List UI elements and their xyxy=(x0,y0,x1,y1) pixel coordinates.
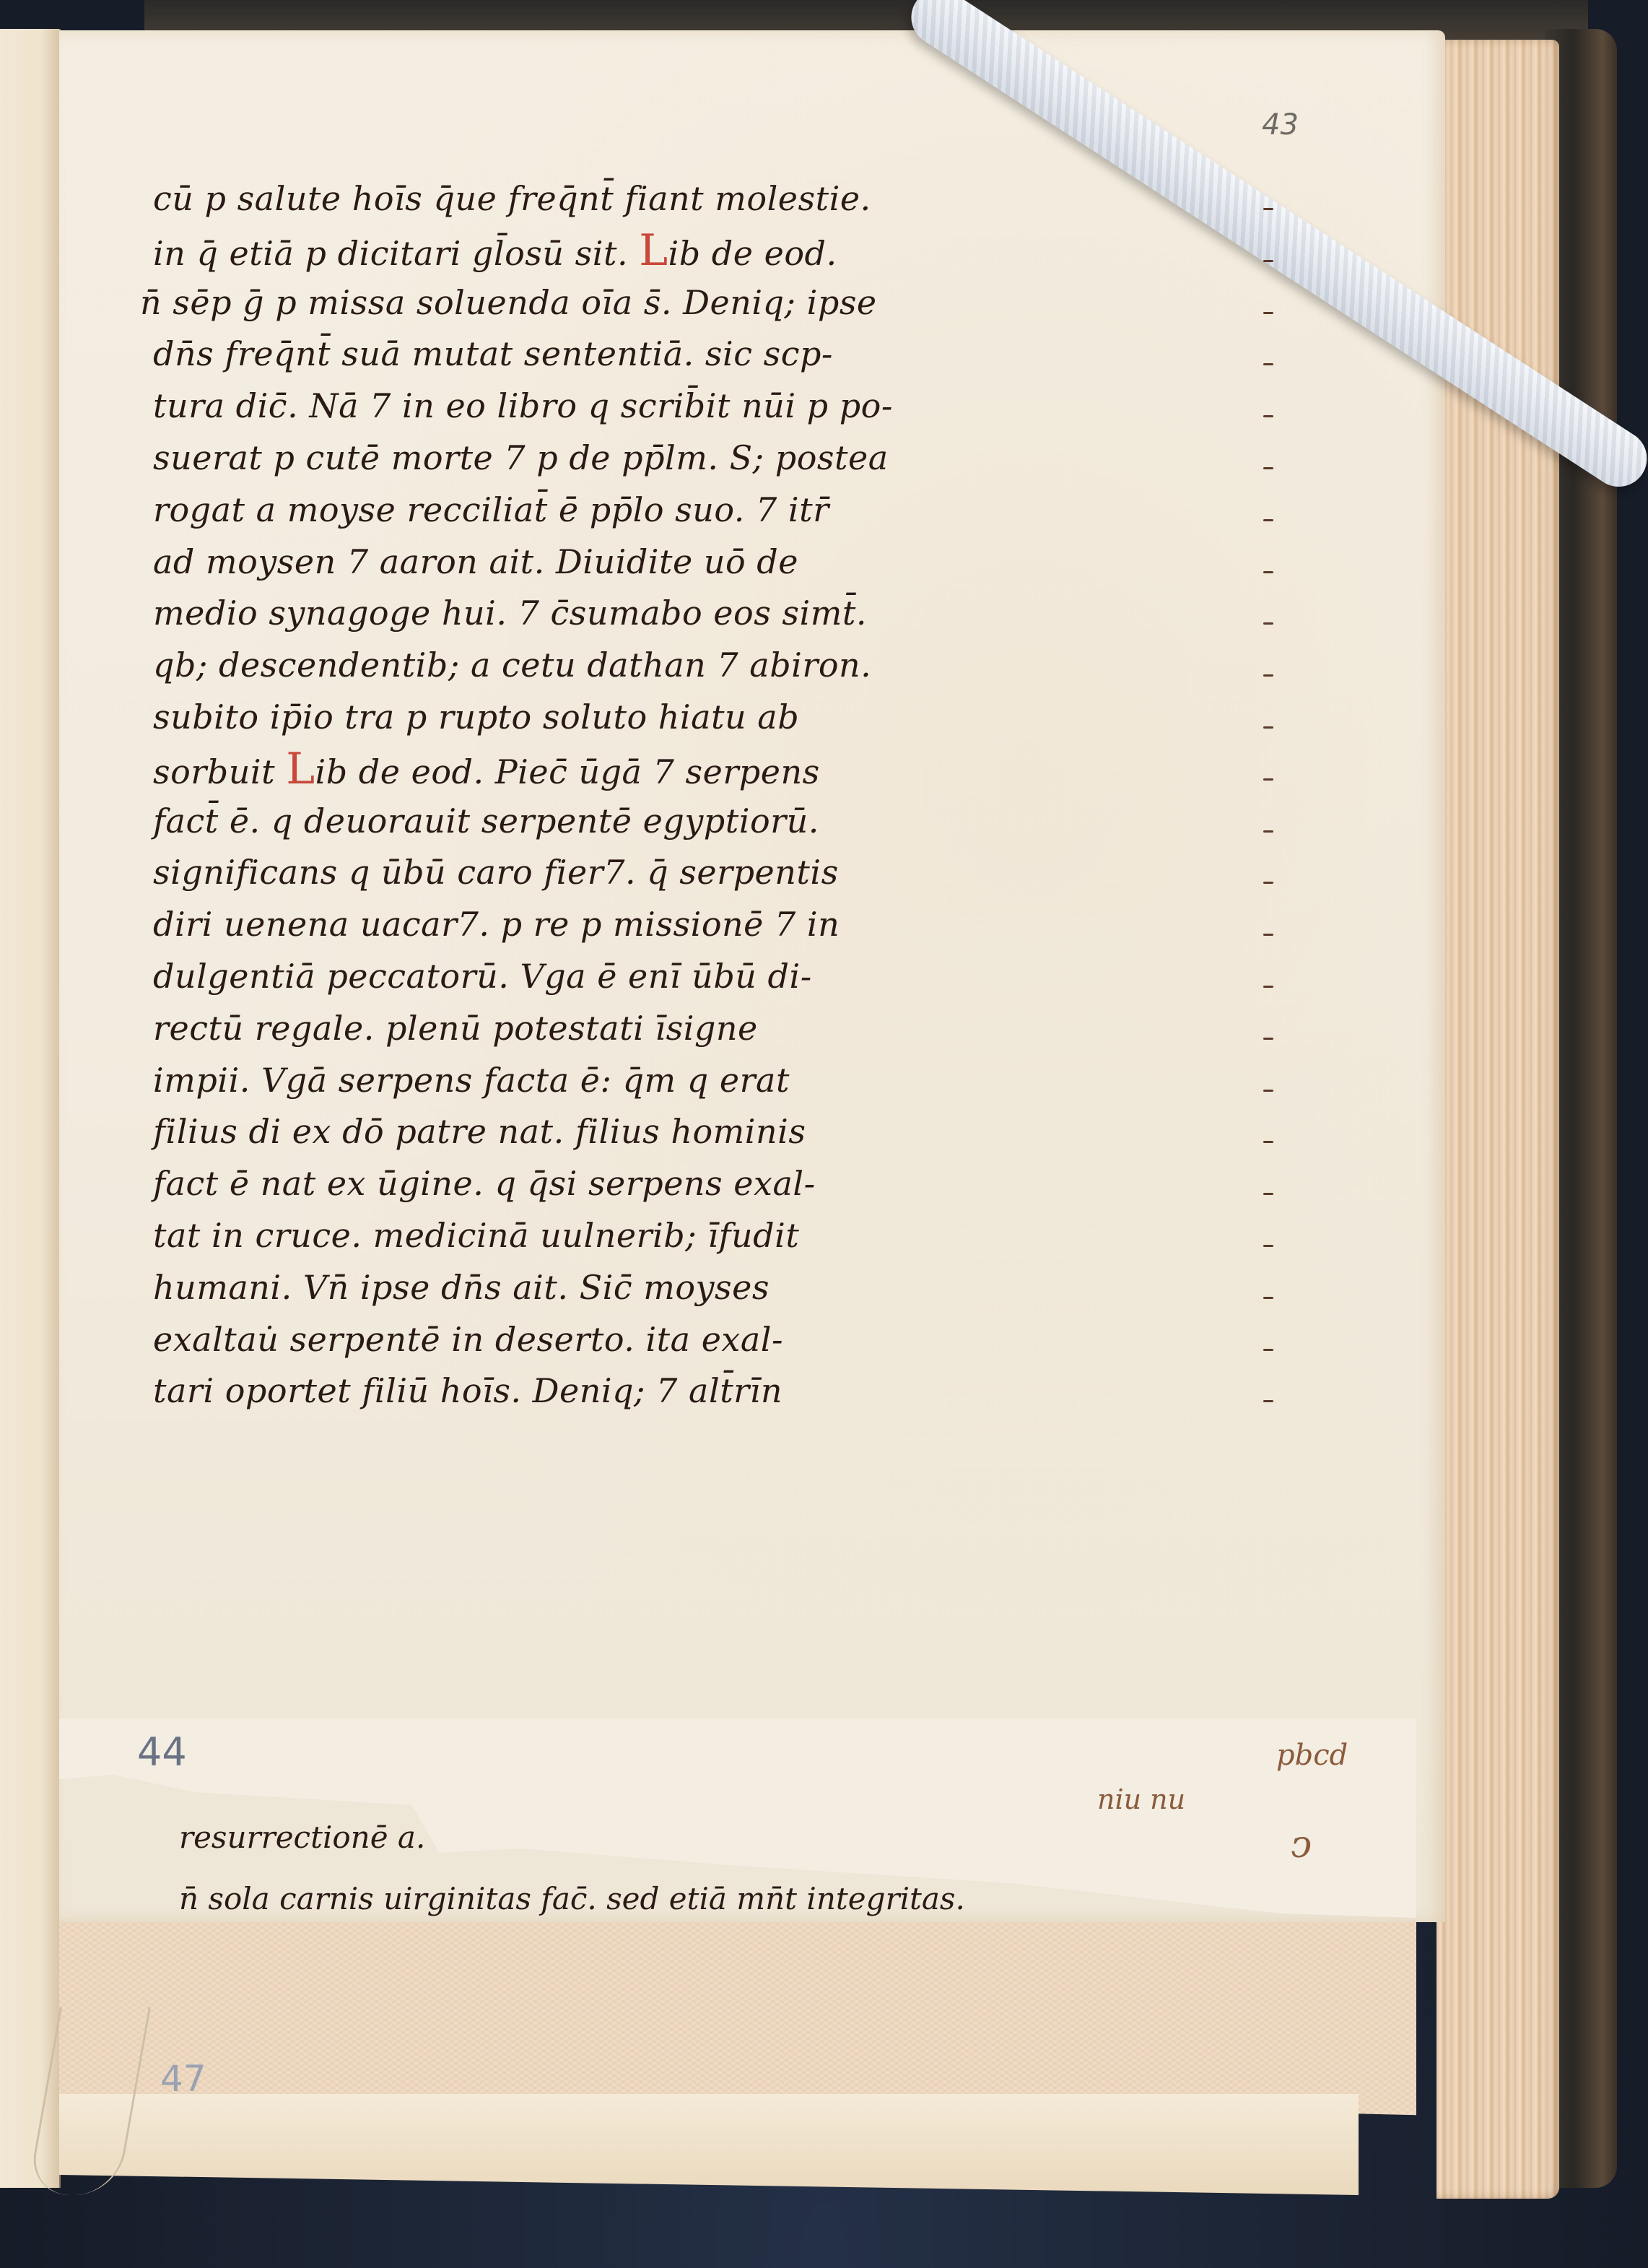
pricking-mark xyxy=(1263,467,1273,469)
pricking-mark xyxy=(1263,622,1273,625)
line-text: ib de eod. Piec̄ ūgā 7 serpens xyxy=(315,752,820,791)
folio-number: 43 xyxy=(1262,108,1299,142)
pricking-mark xyxy=(1263,1090,1273,1092)
manuscript-line: diri uenena uacar7. p re p missionē 7 in xyxy=(153,899,1178,951)
line-text: dn̄s freq̄nt̄ suā mutat sententiā. sic s… xyxy=(153,334,833,373)
pricking-mark xyxy=(1263,1038,1273,1040)
manuscript-line: rectū regale. plenū potestati īsigne xyxy=(153,1003,1178,1055)
pricking-mark xyxy=(1263,415,1273,417)
line-text: impii. Vgā serpens facta ē: q̄m q erat xyxy=(153,1061,790,1100)
pricking-mark xyxy=(1263,363,1273,365)
manuscript-line: n̄ sēp ḡ p missa soluenda oīa s̄. Deniq;… xyxy=(140,277,1178,329)
line-text: medio synagoge hui. 7 c̄sumabo eos simt̄… xyxy=(153,594,867,633)
manuscript-line: exaltau̇ serpentē in deserto. ita exal- xyxy=(153,1314,1178,1366)
pricking-mark xyxy=(1263,934,1273,936)
slip-text-line: resurrectionē a. xyxy=(179,1820,425,1855)
rubric-initial: L xyxy=(639,225,668,276)
manuscript-line: suerat p cutē morte 7 p de pp̄lm. S; pos… xyxy=(153,433,1178,485)
line-text: dulgentiā peccatorū. Vga ē enī ūbū di- xyxy=(153,957,812,996)
line-text: qb; descendentib; a cetu dathan 7 abiron… xyxy=(153,646,871,685)
manuscript-line: impii. Vgā serpens facta ē: q̄m q erat xyxy=(153,1055,1178,1107)
main-text-block: cū p salute hoīs q̄ue freq̄nt̄ fiant mol… xyxy=(153,173,1178,1417)
manuscript-line: fact ē nat ex ūgine. q q̄si serpens exal… xyxy=(153,1158,1178,1210)
line-text: suerat p cutē morte 7 p de pp̄lm. S; pos… xyxy=(153,438,889,477)
pricking-mark xyxy=(1263,1400,1273,1402)
manuscript-line: ad moysen 7 aaron ait. Diuidite uō de xyxy=(153,536,1178,588)
pencil-folio-number: 44 xyxy=(137,1729,187,1775)
marginal-mark: ↄ xyxy=(1291,1823,1312,1867)
manuscript-line: filius di ex dō patre nat. filius homini… xyxy=(153,1106,1178,1158)
line-text: subito ip̄io tra p rupto soluto hiatu ab xyxy=(153,698,799,737)
manuscript-line: fact̄ ē. q deuorauit serpentē egyptiorū. xyxy=(153,796,1178,848)
pricking-mark xyxy=(1263,726,1273,729)
pricking-mark xyxy=(1263,1193,1273,1195)
manuscript-line: humani. Vn̄ ipse dn̄s ait. Sic̄ moyses xyxy=(153,1262,1178,1314)
marginal-note: pbcd xyxy=(1276,1739,1348,1772)
line-text: sorbuit xyxy=(153,752,286,791)
line-text: tari oportet filiū hoīs. Deniq; 7 alt̄rī… xyxy=(153,1371,782,1410)
line-text: significans q ūbū caro fier7. q̄ serpent… xyxy=(153,853,839,892)
marginal-note: niu nu xyxy=(1097,1783,1185,1815)
manuscript-line: tura dic̄. Nā 7 in eo libro q scrib̄it n… xyxy=(153,381,1178,433)
line-text: fact ē nat ex ūgine. q q̄si serpens exal… xyxy=(153,1164,816,1203)
manuscript-line: tari oportet filiū hoīs. Deniq; 7 alt̄rī… xyxy=(153,1365,1178,1417)
pricking-mark xyxy=(1263,986,1273,988)
line-text: filius di ex dō patre nat. filius homini… xyxy=(153,1112,806,1151)
manuscript-line: sorbuit Lib de eod. Piec̄ ūgā 7 serpens xyxy=(153,744,1178,796)
pricking-mark xyxy=(1263,1141,1273,1143)
line-text: exaltau̇ serpentē in deserto. ita exal- xyxy=(153,1320,783,1359)
line-text: ib de eod. xyxy=(668,234,837,273)
pencil-folio-number-lower: 47 xyxy=(160,2058,206,2100)
line-text: rectū regale. plenū potestati īsigne xyxy=(153,1009,758,1048)
manuscript-line: subito ip̄io tra p rupto soluto hiatu ab xyxy=(153,692,1178,744)
pricking-mark xyxy=(1263,260,1273,262)
manuscript-line: rogat a moyse recciliat̄ ē pp̄lo suo. 7 … xyxy=(153,485,1178,536)
line-text: fact̄ ē. q deuorauit serpentē egyptiorū. xyxy=(153,801,819,840)
line-text: cū p salute hoīs q̄ue freq̄nt̄ fiant mol… xyxy=(153,179,871,218)
line-text: tat in cruce. medicinā uulnerib; īfudit xyxy=(153,1216,799,1255)
pricking-mark xyxy=(1263,1245,1273,1247)
pricking-mark xyxy=(1263,674,1273,677)
pricking-mark xyxy=(1263,1349,1273,1351)
manuscript-line: significans q ūbū caro fier7. q̄ serpent… xyxy=(153,847,1178,899)
manuscript-line: tat in cruce. medicinā uulnerib; īfudit xyxy=(153,1210,1178,1262)
pricking-mark xyxy=(1263,830,1273,833)
manuscript-line: cū p salute hoīs q̄ue freq̄nt̄ fiant mol… xyxy=(153,173,1178,225)
pricking-mark xyxy=(1263,1297,1273,1299)
pricking-mark xyxy=(1263,571,1273,573)
pricking-mark xyxy=(1263,208,1273,210)
pricking-mark xyxy=(1263,519,1273,521)
manuscript-line: in q̄ etiā p dicitari gl̄osū sit. Lib de… xyxy=(153,225,1178,277)
left-facing-page xyxy=(0,29,61,2188)
manuscript-line: qb; descendentib; a cetu dathan 7 abiron… xyxy=(153,640,1178,692)
manuscript-line: dulgentiā peccatorū. Vga ē enī ūbū di- xyxy=(153,951,1178,1003)
line-text: rogat a moyse recciliat̄ ē pp̄lo suo. 7 … xyxy=(153,490,829,529)
line-text: n̄ sēp ḡ p missa soluenda oīa s̄. Deniq;… xyxy=(140,283,877,322)
rubric-initial: L xyxy=(286,744,315,794)
line-text: in q̄ etiā p dicitari gl̄osū sit. xyxy=(153,234,639,273)
pricking-mark xyxy=(1263,312,1273,314)
pricking-mark xyxy=(1263,778,1273,781)
line-text: diri uenena uacar7. p re p missionē 7 in xyxy=(153,905,840,944)
line-text: humani. Vn̄ ipse dn̄s ait. Sic̄ moyses xyxy=(153,1268,769,1307)
pricking-mark xyxy=(1263,882,1273,884)
slip-text-line: n̄ sola carnis uirginitas fac̄. sed etiā… xyxy=(179,1881,965,1916)
manuscript-line: dn̄s freq̄nt̄ suā mutat sententiā. sic s… xyxy=(153,329,1178,381)
line-text: tura dic̄. Nā 7 in eo libro q scrib̄it n… xyxy=(153,386,893,425)
manuscript-line: medio synagoge hui. 7 c̄sumabo eos simt̄… xyxy=(153,588,1178,640)
line-text: ad moysen 7 aaron ait. Diuidite uō de xyxy=(153,542,798,581)
